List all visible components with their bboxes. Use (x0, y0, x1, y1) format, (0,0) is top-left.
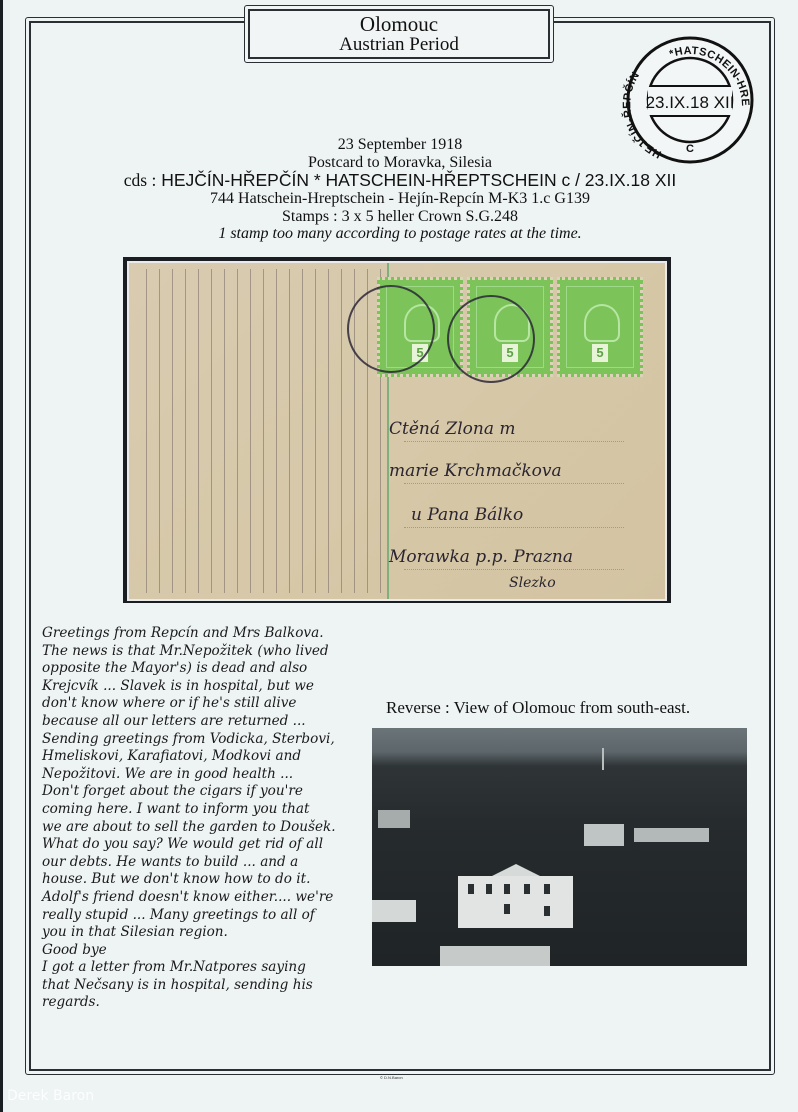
message-transcription: Greetings from Repcín and Mrs Balkova. T… (42, 625, 372, 1012)
transcription-line: you in that Silesian region. (42, 924, 372, 942)
transcription-line: don't know where or if he's still alive (42, 695, 372, 713)
transcription-line: our debts. He wants to build ... and a (42, 854, 372, 872)
transcription-line: because all our letters are returned ... (42, 713, 372, 731)
stamp-3: 5 (557, 277, 643, 377)
cds-value: HEJČÍN-HŘEPČÍN * HATSCHEIN-HŘEPTSCHEIN c… (161, 170, 676, 190)
item-cds: cds : HEJČÍN-HŘEPČÍN * HATSCHEIN-HŘEPTSC… (90, 171, 710, 190)
postcard-image-frame: 5 5 5 Ctěná Zlona m marie Krchmačkova u … (123, 257, 671, 603)
cds-label: cds : (124, 170, 157, 190)
postmark-date: 23.IX.18 XII (646, 93, 735, 112)
olomouc-view-image (372, 728, 747, 966)
postcard-image: 5 5 5 Ctěná Zlona m marie Krchmačkova u … (127, 261, 667, 601)
transcription-line: The news is that Mr.Nepožitek (who lived (42, 643, 372, 661)
transcription-line: house. But we don't know how to do it. (42, 871, 372, 889)
crown-icon (584, 304, 620, 342)
transcription-line: Nepožitovi. We are in good health ... (42, 766, 372, 784)
transcription-line: Greetings from Repcín and Mrs Balkova. (42, 625, 372, 643)
item-stamps: Stamps : 3 x 5 heller Crown S.G.248 (90, 208, 710, 226)
transcription-line: I got a letter from Mr.Natpores saying (42, 959, 372, 977)
address-line: marie Krchmačkova (389, 461, 562, 481)
building (372, 900, 416, 922)
building (584, 824, 624, 846)
address-rule (404, 441, 624, 442)
transcription-line: opposite the Mayor's) is dead and also (42, 660, 372, 678)
building (440, 946, 550, 966)
postmark-illustration: 23.IX.18 XII *HATSCHEIN-HREPTSCHEIN HEJČ… (618, 34, 760, 166)
item-route: Postcard to Moravka, Silesia (90, 154, 710, 172)
item-description: 23 September 1918 Postcard to Moravka, S… (90, 136, 710, 243)
item-date: 23 September 1918 (90, 136, 710, 154)
title-box: Olomouc Austrian Period (244, 5, 554, 63)
transcription-line: Don't forget about the cigars if you're (42, 783, 372, 801)
transcription-line: coming here. I want to inform you that (42, 801, 372, 819)
transcription-line: regards. (42, 994, 372, 1012)
reverse-caption: Reverse : View of Olomouc from south-eas… (386, 698, 690, 718)
item-note: 1 stamp too many according to postage ra… (90, 225, 710, 243)
item-reference: 744 Hatschein-Hreptschein - Hejín-Repcín… (90, 190, 710, 208)
transcription-line: we are about to sell the garden to Douše… (42, 819, 372, 837)
stamp-value: 5 (592, 344, 608, 362)
page-subtitle: Austrian Period (339, 35, 459, 55)
page-title: Olomouc (360, 14, 438, 35)
church-spire (602, 748, 604, 770)
cancel-mark-2 (447, 295, 535, 383)
transcription-line: that Nečsany is in hospital, sending his (42, 977, 372, 995)
address-line: Morawka p.p. Prazna (389, 547, 573, 567)
building (378, 810, 410, 828)
transcription-line: Hmeliskovi, Karafiatovi, Modkovi and (42, 748, 372, 766)
watermark: Derek Baron (7, 1088, 94, 1104)
copyright-text: © D.N.Baron (380, 1075, 403, 1080)
transcription-line: really stupid ... Many greetings to all … (42, 907, 372, 925)
address-rule (404, 569, 624, 570)
postmark-letter: C (686, 143, 694, 155)
building (634, 828, 709, 842)
transcription-line: What do you say? We would get rid of all (42, 836, 372, 854)
transcription-line: Good bye (42, 942, 372, 960)
cancel-mark-1 (347, 285, 435, 373)
address-line: Ctěná Zlona m (389, 419, 515, 439)
address-line: u Pana Bálko (411, 505, 523, 525)
address-rule (404, 483, 624, 484)
transcription-line: Krejcvík ... Slavek is in hospital, but … (42, 678, 372, 696)
left-edge-strip (0, 0, 3, 1112)
house (458, 876, 573, 928)
address-line: Slezko (509, 575, 556, 591)
transcription-line: Adolf's friend doesn't know either.... w… (42, 889, 372, 907)
transcription-line: Sending greetings from Vodicka, Sterbovi… (42, 731, 372, 749)
address-rule (404, 527, 624, 528)
